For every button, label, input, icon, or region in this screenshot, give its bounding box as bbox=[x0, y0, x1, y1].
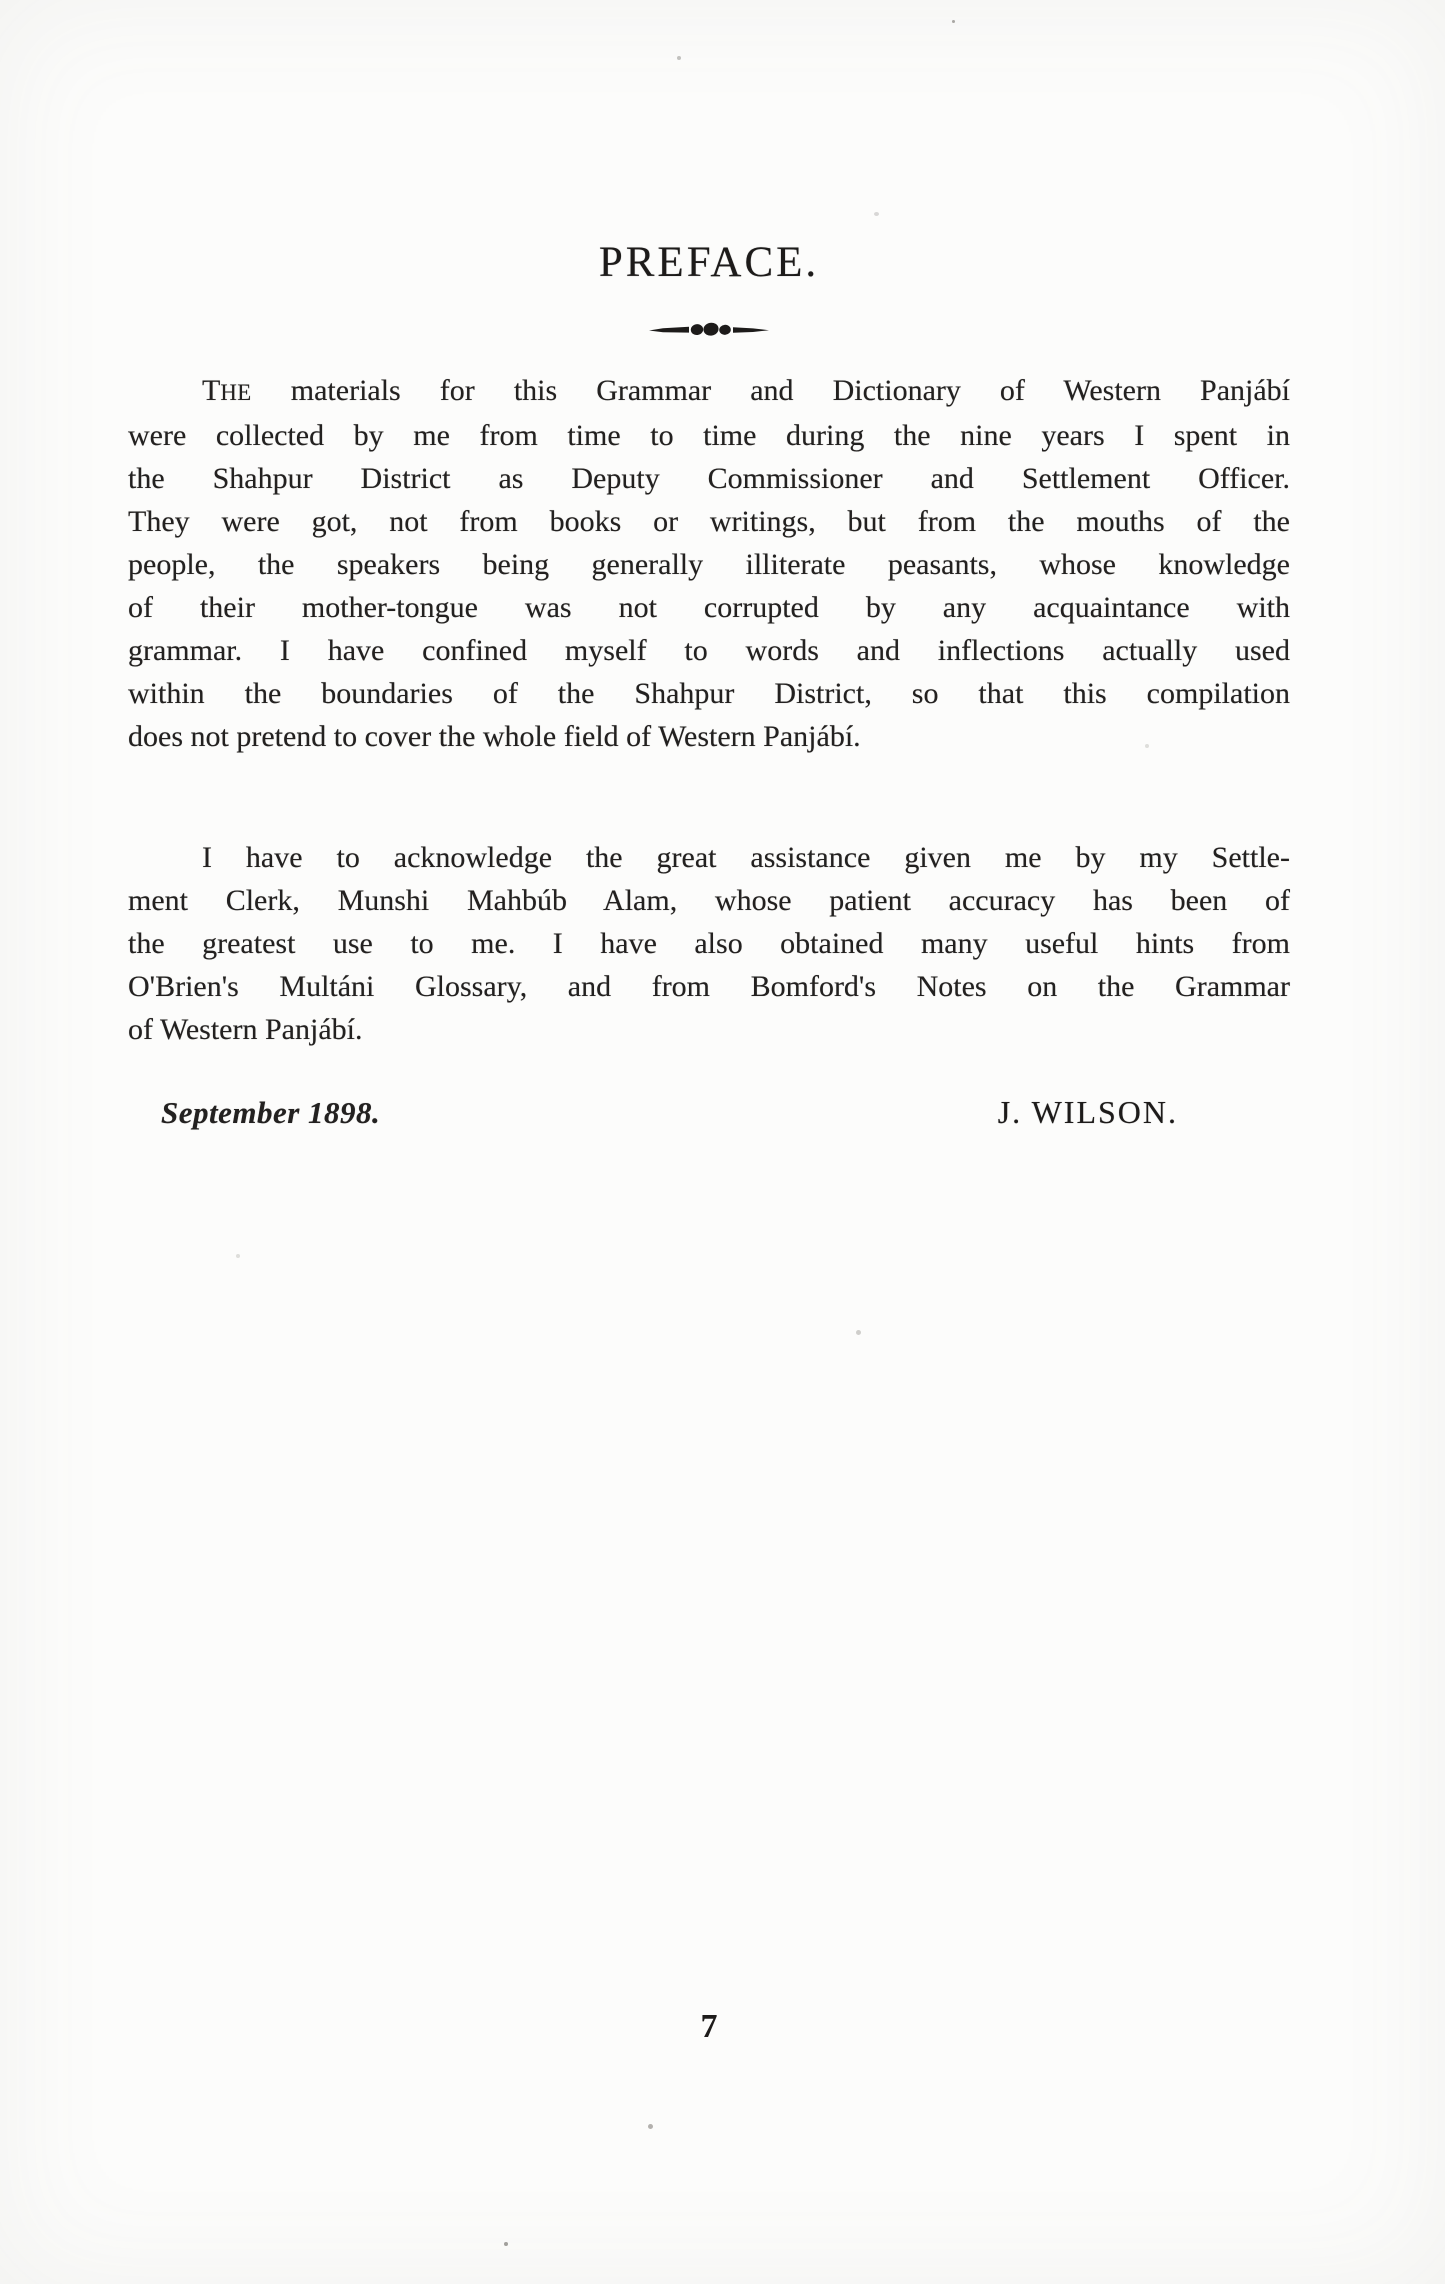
flourish-icon bbox=[649, 320, 769, 340]
text-line: were collected by me from time to time d… bbox=[128, 414, 1290, 457]
signature-name: J. WILSON. bbox=[998, 1094, 1178, 1131]
scan-speck bbox=[952, 20, 955, 23]
page-number: 7 bbox=[128, 2008, 1290, 2046]
signature-row: September 1898. J. WILSON. bbox=[128, 1094, 1290, 1131]
text-line: does not pretend to cover the whole fiel… bbox=[128, 715, 1290, 758]
page-title: PREFACE. bbox=[128, 238, 1290, 287]
text-line: people, the speakers being generally ill… bbox=[128, 543, 1290, 586]
scan-speck bbox=[1145, 744, 1149, 748]
scanned-book-page: PREFACE. THE materials for this Grammar … bbox=[0, 0, 1445, 2284]
text-line: THE materials for this Grammar and Dicti… bbox=[128, 369, 1290, 414]
signature-date: September 1898. bbox=[161, 1095, 380, 1131]
text-line: grammar. I have confined myself to words… bbox=[128, 629, 1290, 672]
text-line: I have to acknowledge the great assistan… bbox=[128, 836, 1290, 879]
paragraph-1: THE materials for this Grammar and Dicti… bbox=[128, 369, 1290, 758]
text-line: ment Clerk, Munshi Mahbúb Alam, whose pa… bbox=[128, 879, 1290, 922]
text-line: of their mother-tongue was not corrupted… bbox=[128, 586, 1290, 629]
text-line: the Shahpur District as Deputy Commissio… bbox=[128, 457, 1290, 500]
paragraph-2: I have to acknowledge the great assistan… bbox=[128, 836, 1290, 1051]
scan-speck bbox=[648, 2124, 653, 2129]
line-rest: materials for this Grammar and Dictionar… bbox=[291, 374, 1290, 407]
text-line: the greatest use to me. I have also obta… bbox=[128, 922, 1290, 965]
small-caps: HE bbox=[220, 380, 251, 405]
scan-speck bbox=[677, 56, 681, 60]
scan-speck bbox=[504, 2242, 508, 2246]
text-line: They were got, not from books or writing… bbox=[128, 500, 1290, 543]
lead-cap: T bbox=[202, 374, 220, 407]
text-column: PREFACE. THE materials for this Grammar … bbox=[128, 0, 1290, 2284]
scan-speck bbox=[236, 1254, 240, 1258]
text-line: of Western Panjábí. bbox=[128, 1008, 1290, 1051]
scan-speck bbox=[874, 212, 879, 216]
text-line: within the boundaries of the Shahpur Dis… bbox=[128, 672, 1290, 715]
ornament-flourish bbox=[128, 320, 1290, 345]
text-line: O'Brien's Multáni Glossary, and from Bom… bbox=[128, 965, 1290, 1008]
scan-speck bbox=[856, 1330, 861, 1335]
